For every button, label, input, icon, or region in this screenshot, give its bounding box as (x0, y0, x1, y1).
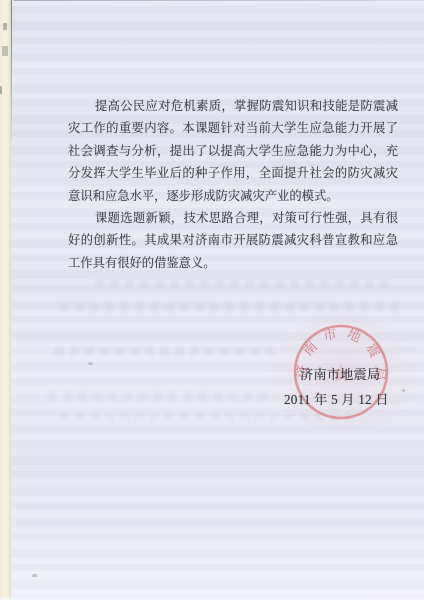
scan-speck (402, 389, 405, 392)
scanned-page: 提高公民应对危机素质，掌握防震知识和技能是防震减 灾工作的重要内容。本课题针对当… (0, 0, 424, 600)
page-edge-shadow (11, 0, 12, 140)
document-body: 提高公民应对危机素质，掌握防震知识和技能是防震减 灾工作的重要内容。本课题针对当… (68, 95, 398, 274)
scan-speck (32, 574, 37, 577)
bleed-through-ghost (60, 303, 400, 311)
body-line: 社会调查与分析，提出了以提高大学生应急能力为中心，充 (68, 140, 398, 162)
body-line: 好的创新性。其成果对济南市开展防震减灾科普宣教和应急 (68, 229, 398, 251)
body-line: 灾工作的重要内容。本课题针对当前大学生应急能力开展了 (68, 117, 398, 139)
bleed-through-ghost (55, 347, 280, 356)
bleed-through-ghost (48, 390, 273, 399)
scan-speck (0, 86, 2, 94)
scan-speck (88, 362, 93, 365)
paragraph: 课题选题新颖，技术思路合理，对策可行性强，具有很 好的创新性。其成果对济南市开展… (68, 207, 398, 274)
scan-top-edge-line (14, 0, 424, 1)
document-date: 2011 年 5 月 12 日 (284, 389, 389, 408)
paragraph: 提高公民应对危机素质，掌握防震知识和技能是防震减 灾工作的重要内容。本课题针对当… (68, 95, 398, 207)
bleed-through-ghost (95, 280, 395, 288)
scan-bottom-edge (0, 596, 424, 600)
scan-texture-overlay (0, 0, 424, 600)
scan-speck (2, 46, 8, 56)
body-line: 分发挥大学生毕业后的种子作用，全面提升社会的防灾减灾 (68, 162, 398, 184)
scan-speck (3, 23, 7, 30)
body-line: 提高公民应对危机素质，掌握防震知识和技能是防震减 (68, 95, 398, 117)
body-line: 课题选题新颖，技术思路合理，对策可行性强，具有很 (68, 207, 398, 229)
signature-org: 济南市地震局 (300, 364, 380, 383)
body-line: 意识和应急水平，逐步形成防灾减灾产业的模式。 (68, 185, 398, 207)
body-line: 工作具有很好的借鉴意义。 (68, 252, 398, 274)
